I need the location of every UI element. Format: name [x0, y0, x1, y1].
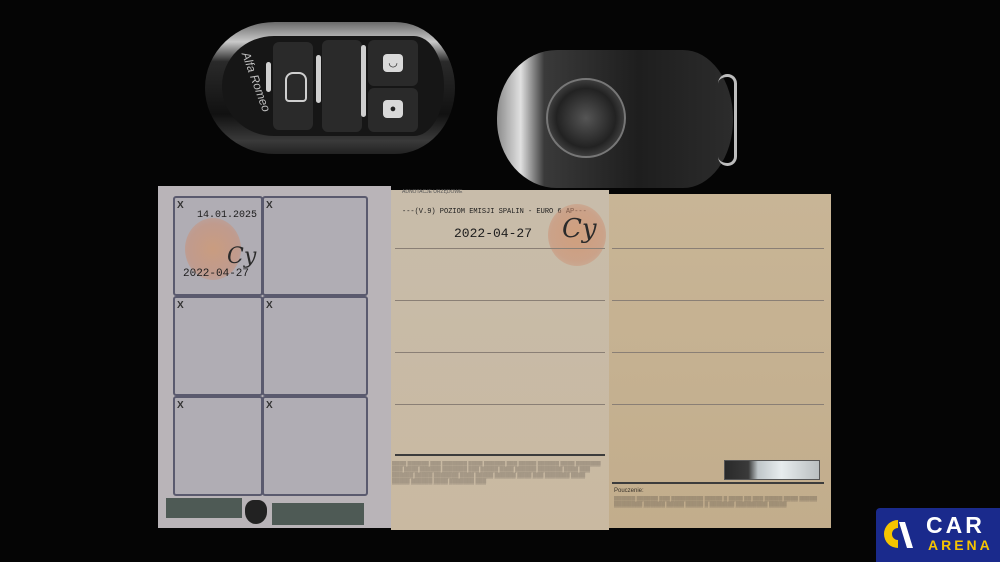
legend-fine-print: ▒▒▒▒ ▒▒▒▒▒▒ ▒▒▒ ▒▒▒▒▒▒▒ ▒▒▒▒ ▒▒▒▒▒▒ ▒▒▒ …	[392, 461, 604, 525]
blank-button	[322, 40, 362, 132]
box-mark: X	[266, 400, 273, 411]
logo-text-car: CAR	[926, 512, 985, 539]
lock-button: ●	[368, 88, 418, 132]
signature: Cy	[562, 214, 597, 244]
box-mark: X	[266, 200, 273, 211]
security-bar-right	[272, 503, 364, 525]
box-mark: X	[177, 200, 184, 211]
ruled-line	[395, 352, 605, 353]
button-divider	[361, 45, 366, 117]
ruled-line	[612, 248, 824, 249]
ruled-line	[395, 300, 605, 301]
ruled-line	[612, 300, 824, 301]
box-mark: X	[266, 300, 273, 311]
button-divider	[316, 55, 321, 103]
annotation-date: 2022-04-27	[454, 226, 532, 241]
annotations-header: ADNOTACJE URZĘDOWE	[402, 189, 462, 195]
inspection-date: 14.01.2025	[197, 210, 257, 221]
car-arena-mark-icon	[883, 518, 913, 550]
notice-title: Pouczenie:	[614, 488, 644, 494]
inspection-box-4: X	[262, 296, 368, 396]
inspection-box-3: X	[173, 296, 263, 396]
security-bar-left	[166, 498, 242, 518]
ruled-line	[612, 404, 824, 405]
ruled-line	[612, 352, 824, 353]
unlock-button: ◡	[368, 40, 418, 86]
hologram-sticker	[724, 460, 820, 480]
box-mark: X	[177, 300, 184, 311]
alfa-romeo-emblem-icon	[546, 78, 626, 158]
section-divider	[612, 482, 824, 484]
polish-eagle-emblem-icon	[245, 500, 267, 524]
ruled-line	[395, 404, 605, 405]
key-ring-loop	[718, 74, 737, 166]
notice-fine-print: ▒▒▒▒▒▒ ▒▒▒▒▒▒ ▒▒▒ ▒▒▒▒▒▒▒▒▒ ▒▒▒▒▒ ▒ ▒▒▒▒…	[614, 496, 824, 516]
inspection-box-1: X 14.01.2025 2022-04-27 Cy	[173, 196, 263, 296]
registration-date: 2022-04-27	[183, 268, 249, 280]
box-mark: X	[177, 400, 184, 411]
button-divider	[266, 62, 271, 92]
unlock-icon: ◡	[383, 54, 403, 72]
trunk-icon	[285, 72, 307, 102]
ruled-line	[395, 248, 605, 249]
inspection-box-6: X	[262, 396, 368, 496]
inspection-box-2: X	[262, 196, 368, 296]
lock-icon: ●	[383, 100, 403, 118]
trunk-button	[273, 42, 313, 130]
signature: Cy	[227, 244, 256, 269]
inspection-box-5: X	[173, 396, 263, 496]
logo-text-arena: ARENA	[928, 537, 993, 553]
section-divider	[395, 454, 605, 456]
